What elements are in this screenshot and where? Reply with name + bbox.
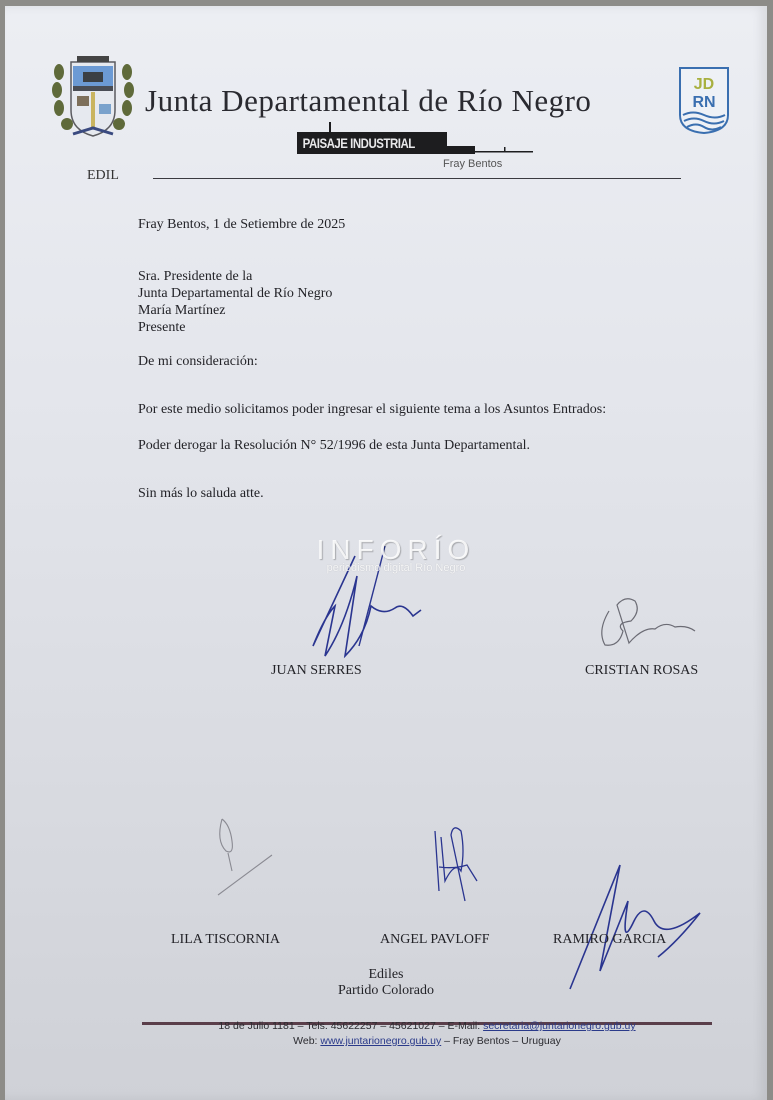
signature-ramiro-garcia xyxy=(560,861,710,996)
greeting: De mi consideración: xyxy=(138,353,258,370)
paisaje-industrial-logo: PAISAJE INDUSTRIAL xyxy=(297,122,533,158)
inforio-watermark: INFORÍO periodismo digital Río Negro xyxy=(301,534,491,574)
footer-address: 18 de Julio 1181 – Tels. 45622257 – 4562… xyxy=(142,1020,712,1032)
jdrn-logo: JD RN xyxy=(677,65,731,135)
signatory-name: LILA TISCORNIA xyxy=(171,932,280,948)
letterhead-rule xyxy=(153,178,681,179)
signatory-name: CRISTIAN ROSAS xyxy=(585,663,698,679)
signatory-name: JUAN SERRES xyxy=(271,663,362,679)
watermark-subtitle: periodismo digital Río Negro xyxy=(301,562,491,574)
footer-email-link[interactable]: secretaria@juntarionegro.gub.uy xyxy=(483,1020,636,1032)
signatory-name: ANGEL PAVLOFF xyxy=(380,932,490,948)
footer-web-label: Web: xyxy=(293,1035,320,1047)
recipient-line: María Martínez xyxy=(138,302,332,319)
svg-text:JD: JD xyxy=(694,76,714,93)
letter-page: Junta Departamental de Río Negro JD RN P… xyxy=(5,6,767,1100)
jdrn-logo-icon: JD RN xyxy=(677,65,731,135)
footer-web-link[interactable]: www.juntarionegro.gub.uy xyxy=(320,1035,441,1047)
body-paragraph: Poder derogar la Resolución N° 52/1996 d… xyxy=(138,437,530,454)
footer-location: – Fray Bentos – Uruguay xyxy=(441,1035,561,1047)
date-line: Fray Bentos, 1 de Setiembre de 2025 xyxy=(138,216,345,233)
body-paragraph: Por este medio solicitamos poder ingresa… xyxy=(138,401,606,418)
signature-angel-pavloff xyxy=(425,821,485,911)
footer-web: Web: www.juntarionegro.gub.uy – Fray Ben… xyxy=(142,1035,712,1047)
recipient-line: Presente xyxy=(138,319,332,336)
coat-of-arms-icon xyxy=(49,52,137,142)
closing: Sin más lo saluda atte. xyxy=(138,485,264,502)
footer-address-text: 18 de Julio 1181 – Tels. 45622257 – 4562… xyxy=(218,1020,483,1032)
paisaje-industrial-text: PAISAJE INDUSTRIAL xyxy=(301,134,416,152)
recipient-line: Sra. Presidente de la xyxy=(138,268,332,285)
recipient-line: Junta Departamental de Río Negro xyxy=(138,285,332,302)
signature-cristian-rosas xyxy=(595,591,705,651)
party-name: Partido Colorado xyxy=(321,983,451,999)
paisaje-subtitle: Fray Bentos xyxy=(443,158,502,170)
ediles-title: Ediles xyxy=(321,967,451,983)
recipient-block: Sra. Presidente de la Junta Departamenta… xyxy=(138,268,332,336)
signatory-name: RAMIRO GARCIA xyxy=(553,932,666,948)
edil-label: EDIL xyxy=(87,168,119,184)
signature-block: Ediles Partido Colorado xyxy=(321,967,451,999)
signature-lila-tiscornia xyxy=(210,811,280,901)
svg-text:RN: RN xyxy=(692,94,715,111)
organization-title: Junta Departamental de Río Negro xyxy=(145,83,591,119)
